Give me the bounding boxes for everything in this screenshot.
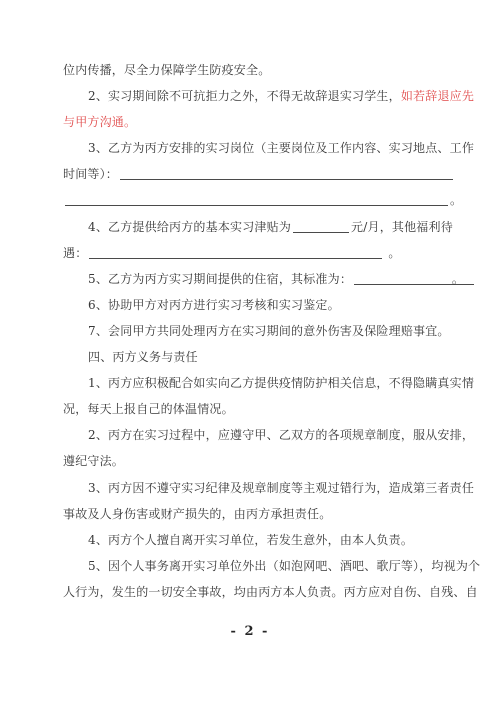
text-segment: 5、乙方为丙方实习期间提供的住宿，其标准为： [88,272,352,286]
text-segment: 4、乙方提供给丙方的基本实习津贴为 [88,220,291,234]
text-segment: 。 [450,193,462,207]
document-line: 。 [63,187,463,213]
fill-in-blank [89,246,382,259]
text-segment: 位内传播，尽全力保障学生防疫安全。 [63,63,270,77]
document-line: 6、协助甲方对丙方进行实习考核和实习鉴定。 [63,292,463,318]
text-segment: 人行为，发生的一切安全事故，均由丙方本人负责。丙方应对自伤、自残、自 [63,585,478,599]
text-segment: 四、丙方义务与责任 [88,350,198,364]
fill-in-blank [293,220,349,233]
text-segment: 7、会同甲方共同处理丙方在实习期间的意外伤害及保险理赔事宜。 [88,324,450,338]
document-line: 遵纪守法。 [63,448,463,474]
document-line: 四、丙方义务与责任 [63,344,463,370]
document-body: 位内传播，尽全力保障学生防疫安全。2、实习期间除不可抗拒力之外，不得无故辞退实习… [63,57,463,605]
text-segment: 2、实习期间除不可抗拒力之外，不得无故辞退实习学生， [88,89,401,103]
document-line: 遇： 。 [63,240,463,266]
document-line: 3、乙方为丙方安排的实习岗位（主要岗位及工作内容、实习地点、工作 [63,135,463,161]
document-line: 2、丙方在实习过程中，应遵守甲、乙双方的各项规章制度，服从安排， [63,422,463,448]
text-segment: 1、丙方应积极配合如实向乙方提供疫情防护相关信息，不得隐瞒真实情 [88,376,474,390]
document-line: 况，每天上报自己的体温情况。 [63,396,463,422]
blank-end-punctuation: 。 [452,272,474,286]
highlighted-text-segment: 如若辞退应先 [401,89,474,103]
text-segment: 。 [384,246,400,260]
document-line: 事故及人身伤害或财产损失的，由丙方承担责任。 [63,501,463,527]
document-line: 4、乙方提供给丙方的基本实习津贴为元/月，其他福利待 [63,214,463,240]
text-segment: 3、丙方因不遵守实习纪律及规章制度等主观过错行为，造成第三者责任 [88,481,474,495]
fill-in-blank: 。 [354,272,474,285]
document-line: 5、因个人事务离开实习单位外出（如泡网吧、酒吧、歌厅等），均视为个 [63,553,463,579]
document-line: 4、丙方个人擅自离开实习单位，若发生意外，由本人负责。 [63,527,463,553]
text-segment: 遵纪守法。 [63,454,124,468]
text-segment: 4、丙方个人擅自离开实习单位，若发生意外，由本人负责。 [88,533,413,547]
fill-in-blank [65,193,448,206]
page-number: - 2 - [0,624,500,639]
document-line: 1、丙方应积极配合如实向乙方提供疫情防护相关信息，不得隐瞒真实情 [63,370,463,396]
text-segment: 时间等）： [63,167,118,181]
document-line: 7、会同甲方共同处理丙方在实习期间的意外伤害及保险理赔事宜。 [63,318,463,344]
document-line: 3、丙方因不遵守实习纪律及规章制度等主观过错行为，造成第三者责任 [63,475,463,501]
text-segment: 3、乙方为丙方安排的实习岗位（主要岗位及工作内容、实习地点、工作 [88,141,474,155]
document-line: 位内传播，尽全力保障学生防疫安全。 [63,57,463,83]
document-line: 时间等）： [63,161,463,187]
text-segment: 5、因个人事务离开实习单位外出（如泡网吧、酒吧、歌厅等），均视为个 [88,559,480,573]
text-segment: 事故及人身伤害或财产损失的，由丙方承担责任。 [63,507,331,521]
document-page: 位内传播，尽全力保障学生防疫安全。2、实习期间除不可抗拒力之外，不得无故辞退实习… [0,0,500,707]
document-line: 5、乙方为丙方实习期间提供的住宿，其标准为：。 [63,266,463,292]
highlighted-text-segment: 与甲方沟通。 [63,115,136,129]
fill-in-blank [120,167,453,180]
text-segment: 2、丙方在实习过程中，应遵守甲、乙双方的各项规章制度，服从安排， [88,428,474,442]
document-line: 人行为，发生的一切安全事故，均由丙方本人负责。丙方应对自伤、自残、自 [63,579,463,605]
document-line: 与甲方沟通。 [63,109,463,135]
document-line: 2、实习期间除不可抗拒力之外，不得无故辞退实习学生，如若辞退应先 [63,83,463,109]
text-segment: 元/月，其他福利待 [351,220,453,234]
text-segment: 6、协助甲方对丙方进行实习考核和实习鉴定。 [88,298,340,312]
text-segment: 遇： [63,246,87,260]
text-segment: 况，每天上报自己的体温情况。 [63,402,234,416]
